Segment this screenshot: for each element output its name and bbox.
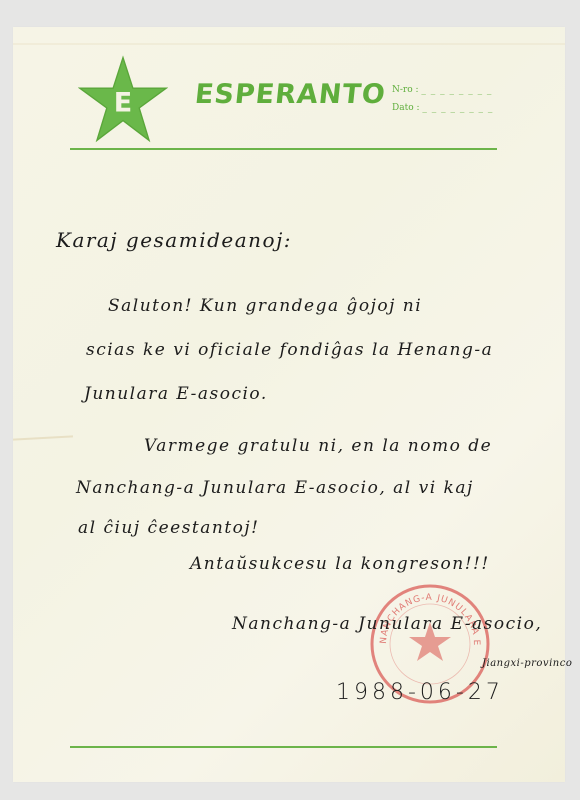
letter-date: 1988-06-27 bbox=[336, 680, 504, 705]
paragraph2-line1: Varmege gratulu ni, en la nomo de bbox=[144, 436, 492, 456]
letterhead-fields: N-ro : _ _ _ _ _ _ _ _ Dato : _ _ _ _ _ … bbox=[392, 81, 493, 117]
paragraph2-line3: al ĉiuj ĉeestantoj! bbox=[78, 518, 260, 538]
number-label: N-ro : bbox=[392, 85, 419, 95]
paper-crease bbox=[13, 435, 73, 440]
date-label: Dato : bbox=[392, 103, 420, 113]
number-value: _ _ _ _ _ _ _ _ bbox=[421, 85, 492, 95]
number-field: N-ro : _ _ _ _ _ _ _ _ bbox=[392, 81, 493, 99]
signature: Nanchang-a Junulara E-asocio, bbox=[232, 614, 542, 634]
header-rule bbox=[70, 148, 497, 150]
paragraph1-line1: Saluton! Kun grandega ĝojoj ni bbox=[108, 296, 422, 316]
paragraph2-line2: Nanchang-a Junulara E-asocio, al vi kaj bbox=[76, 478, 474, 498]
greeting: Karaj gesamideanoj: bbox=[56, 228, 292, 252]
paper-crease bbox=[13, 43, 565, 45]
letterhead: E ESPERANTO N-ro : _ _ _ _ _ _ _ _ Dato … bbox=[78, 55, 508, 145]
province: Jiangxi-provinco bbox=[482, 658, 572, 669]
esperanto-star-icon: E bbox=[78, 55, 168, 143]
footer-rule bbox=[70, 746, 497, 748]
star-letter: E bbox=[114, 88, 132, 119]
paragraph1-line2: scias ke vi oficiale fondiĝas la Henang-… bbox=[86, 340, 493, 360]
brand-title: ESPERANTO bbox=[193, 79, 387, 110]
closing-wish: Antaŭsukcesu la kongreson!!! bbox=[190, 554, 490, 574]
date-value: _ _ _ _ _ _ _ _ bbox=[422, 103, 493, 113]
date-field: Dato : _ _ _ _ _ _ _ _ bbox=[392, 99, 493, 117]
paragraph1-line3: Junulara E-asocio. bbox=[84, 384, 268, 404]
document-scan: E ESPERANTO N-ro : _ _ _ _ _ _ _ _ Dato … bbox=[0, 0, 580, 800]
